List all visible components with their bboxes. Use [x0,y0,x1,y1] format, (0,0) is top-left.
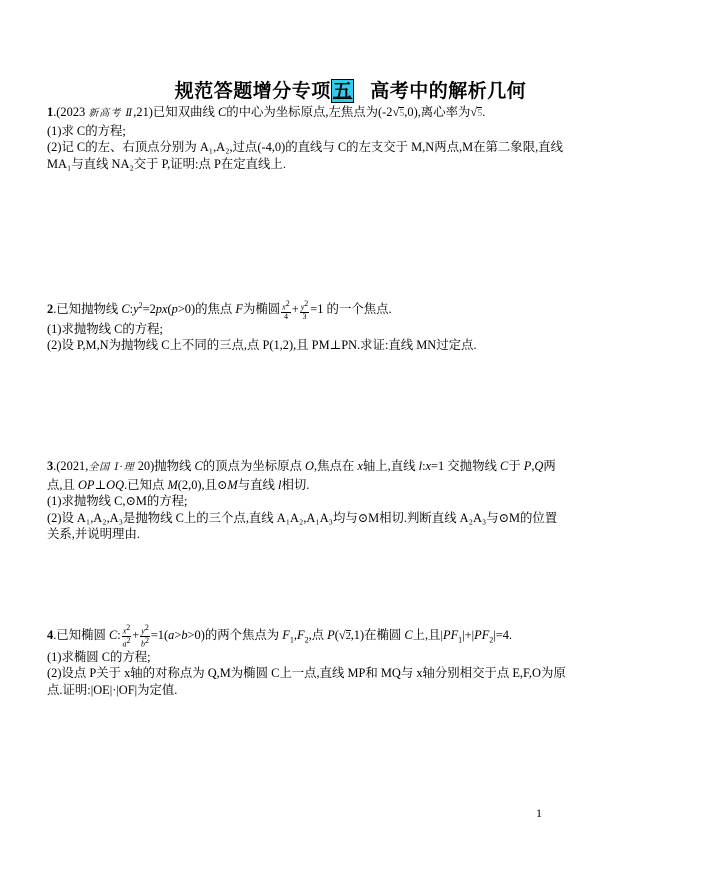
fraction: x2a2 [122,624,132,648]
problem-4-stem: 4.已知椭圆 C:x2a2+y2b2=1(a>b>0)的两个焦点为 F1,F2,… [47,624,567,649]
problem-number: 3 [47,459,53,473]
problem-3: 3.(2021,全国 Ⅰ·理 20)抛物线 C的顶点为坐标原点 O,焦点在 x轴… [47,458,567,543]
problem-1-stem: 1.(2023 新高考 Ⅱ,21)已知双曲线 C的中心为坐标原点,左焦点为(-2… [47,104,567,123]
problem-source-tag: 新高考 Ⅱ [88,108,133,119]
page-number: 1 [536,806,542,821]
problem-1-part-2: (2)记 C的左、右顶点分别为 A₁,A₂,过点(-4,0)的直线与 C的左支交… [47,139,567,172]
problem-1-part-1: (1)求 C的方程; [47,123,567,140]
problem-2: 2.已知抛物线 C:y2=2px(p>0)的焦点 F为椭圆x24+y23=1 的… [47,298,567,354]
problem-2-stem: 2.已知抛物线 C:y2=2px(p>0)的焦点 F为椭圆x24+y23=1 的… [47,298,567,321]
problem-number: 4 [47,628,53,642]
problem-number: 1 [47,105,53,119]
title-prefix: 规范答题增分专项 [175,80,331,102]
problem-3-stem: 3.(2021,全国 Ⅰ·理 20)抛物线 C的顶点为坐标原点 O,焦点在 x轴… [47,458,567,493]
problem-2-part-1: (1)求抛物线 C的方程; [47,321,567,338]
title-highlight-number: 五 [331,79,355,103]
title-suffix: 高考中的解析几何 [370,80,526,102]
fraction: y2b2 [140,624,150,648]
problem-source-tag: 全国 Ⅰ·理 [88,462,134,473]
problem-1: 1.(2023 新高考 Ⅱ,21)已知双曲线 C的中心为坐标原点,左焦点为(-2… [47,104,567,172]
problem-4: 4.已知椭圆 C:x2a2+y2b2=1(a>b>0)的两个焦点为 F1,F2,… [47,624,567,698]
page-title: 规范答题增分专项五高考中的解析几何 [0,76,701,103]
problem-4-part-2: (2)设点 P关于 x轴的对称点为 Q,M为椭圆 C上一点,直线 MP和 MQ与… [47,665,567,698]
problem-2-part-2: (2)设 P,M,N为抛物线 C上不同的三点,点 P(1,2),且 PM⊥PN.… [47,337,567,354]
fraction: y23 [300,300,310,321]
problem-3-part-1: (1)求抛物线 C,⊙M的方程; [47,493,567,510]
problem-4-part-1: (1)求椭圆 C的方程; [47,649,567,666]
problem-number: 2 [47,302,53,316]
fraction: x24 [281,300,291,321]
problem-3-part-2: (2)设 A₁,A₂,A₃是抛物线 C上的三个点,直线 A₁A₂,A₁A₃均与⊙… [47,510,567,543]
